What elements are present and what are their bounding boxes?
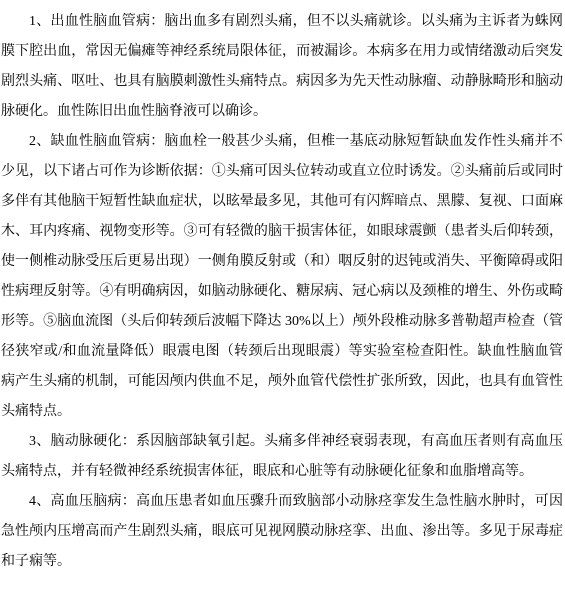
paragraph-hypertensive-encephalopathy: 4、高血压脑病：高血压患者如血压骤升而致脑部小动脉痉挛发生急性脑水肿时，可因急性…	[1, 487, 563, 577]
paragraph-cerebral-arteriosclerosis: 3、脑动脉硬化：系因脑部缺氧引起。头痛多伴神经衰弱表现，有高血压者则有高血压头痛…	[1, 427, 563, 487]
paragraph-hemorrhagic-cvd: 1、出血性脑血管病：脑出血多有剧烈头痛，但不以头痛就诊。以头痛为主诉者为蛛网膜下…	[1, 7, 563, 127]
paragraph-ischemic-cvd: 2、缺血性脑血管病：脑血栓一般甚少头痛，但椎一基底动脉短暂缺血发作性头痛并不少见…	[1, 127, 563, 427]
article-body: 1、出血性脑血管病：脑出血多有剧烈头痛，但不以头痛就诊。以头痛为主诉者为蛛网膜下…	[0, 0, 565, 604]
